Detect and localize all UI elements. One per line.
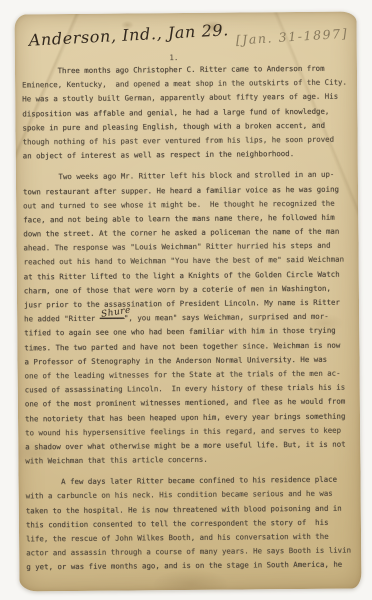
- typed-line: an object of interest as well as respect…: [23, 149, 355, 166]
- letter-page: Anderson, Ind., Jan 29. [Jan. 31-1897] 1…: [14, 12, 361, 592]
- page-number: 1.: [15, 52, 333, 64]
- typed-body: Three months ago Christopher C. Ritter c…: [22, 64, 358, 577]
- handwritten-dateline: Anderson, Ind., Jan 29.: [28, 20, 229, 49]
- typed-text: ", you mean" says Weichman, surprised an…: [124, 312, 329, 323]
- photo-background: Anderson, Ind., Jan 29. [Jan. 31-1897] 1…: [0, 0, 372, 600]
- typed-line: g yet, or was five months ago, and is on…: [26, 560, 358, 577]
- typed-line: with Weichman that this article concerns…: [25, 454, 357, 471]
- correction-area: Shure———————: [100, 314, 124, 323]
- typed-text: he added "Ritter: [24, 314, 100, 324]
- penciled-archive-date: [Jan. 31-1897]: [236, 26, 349, 48]
